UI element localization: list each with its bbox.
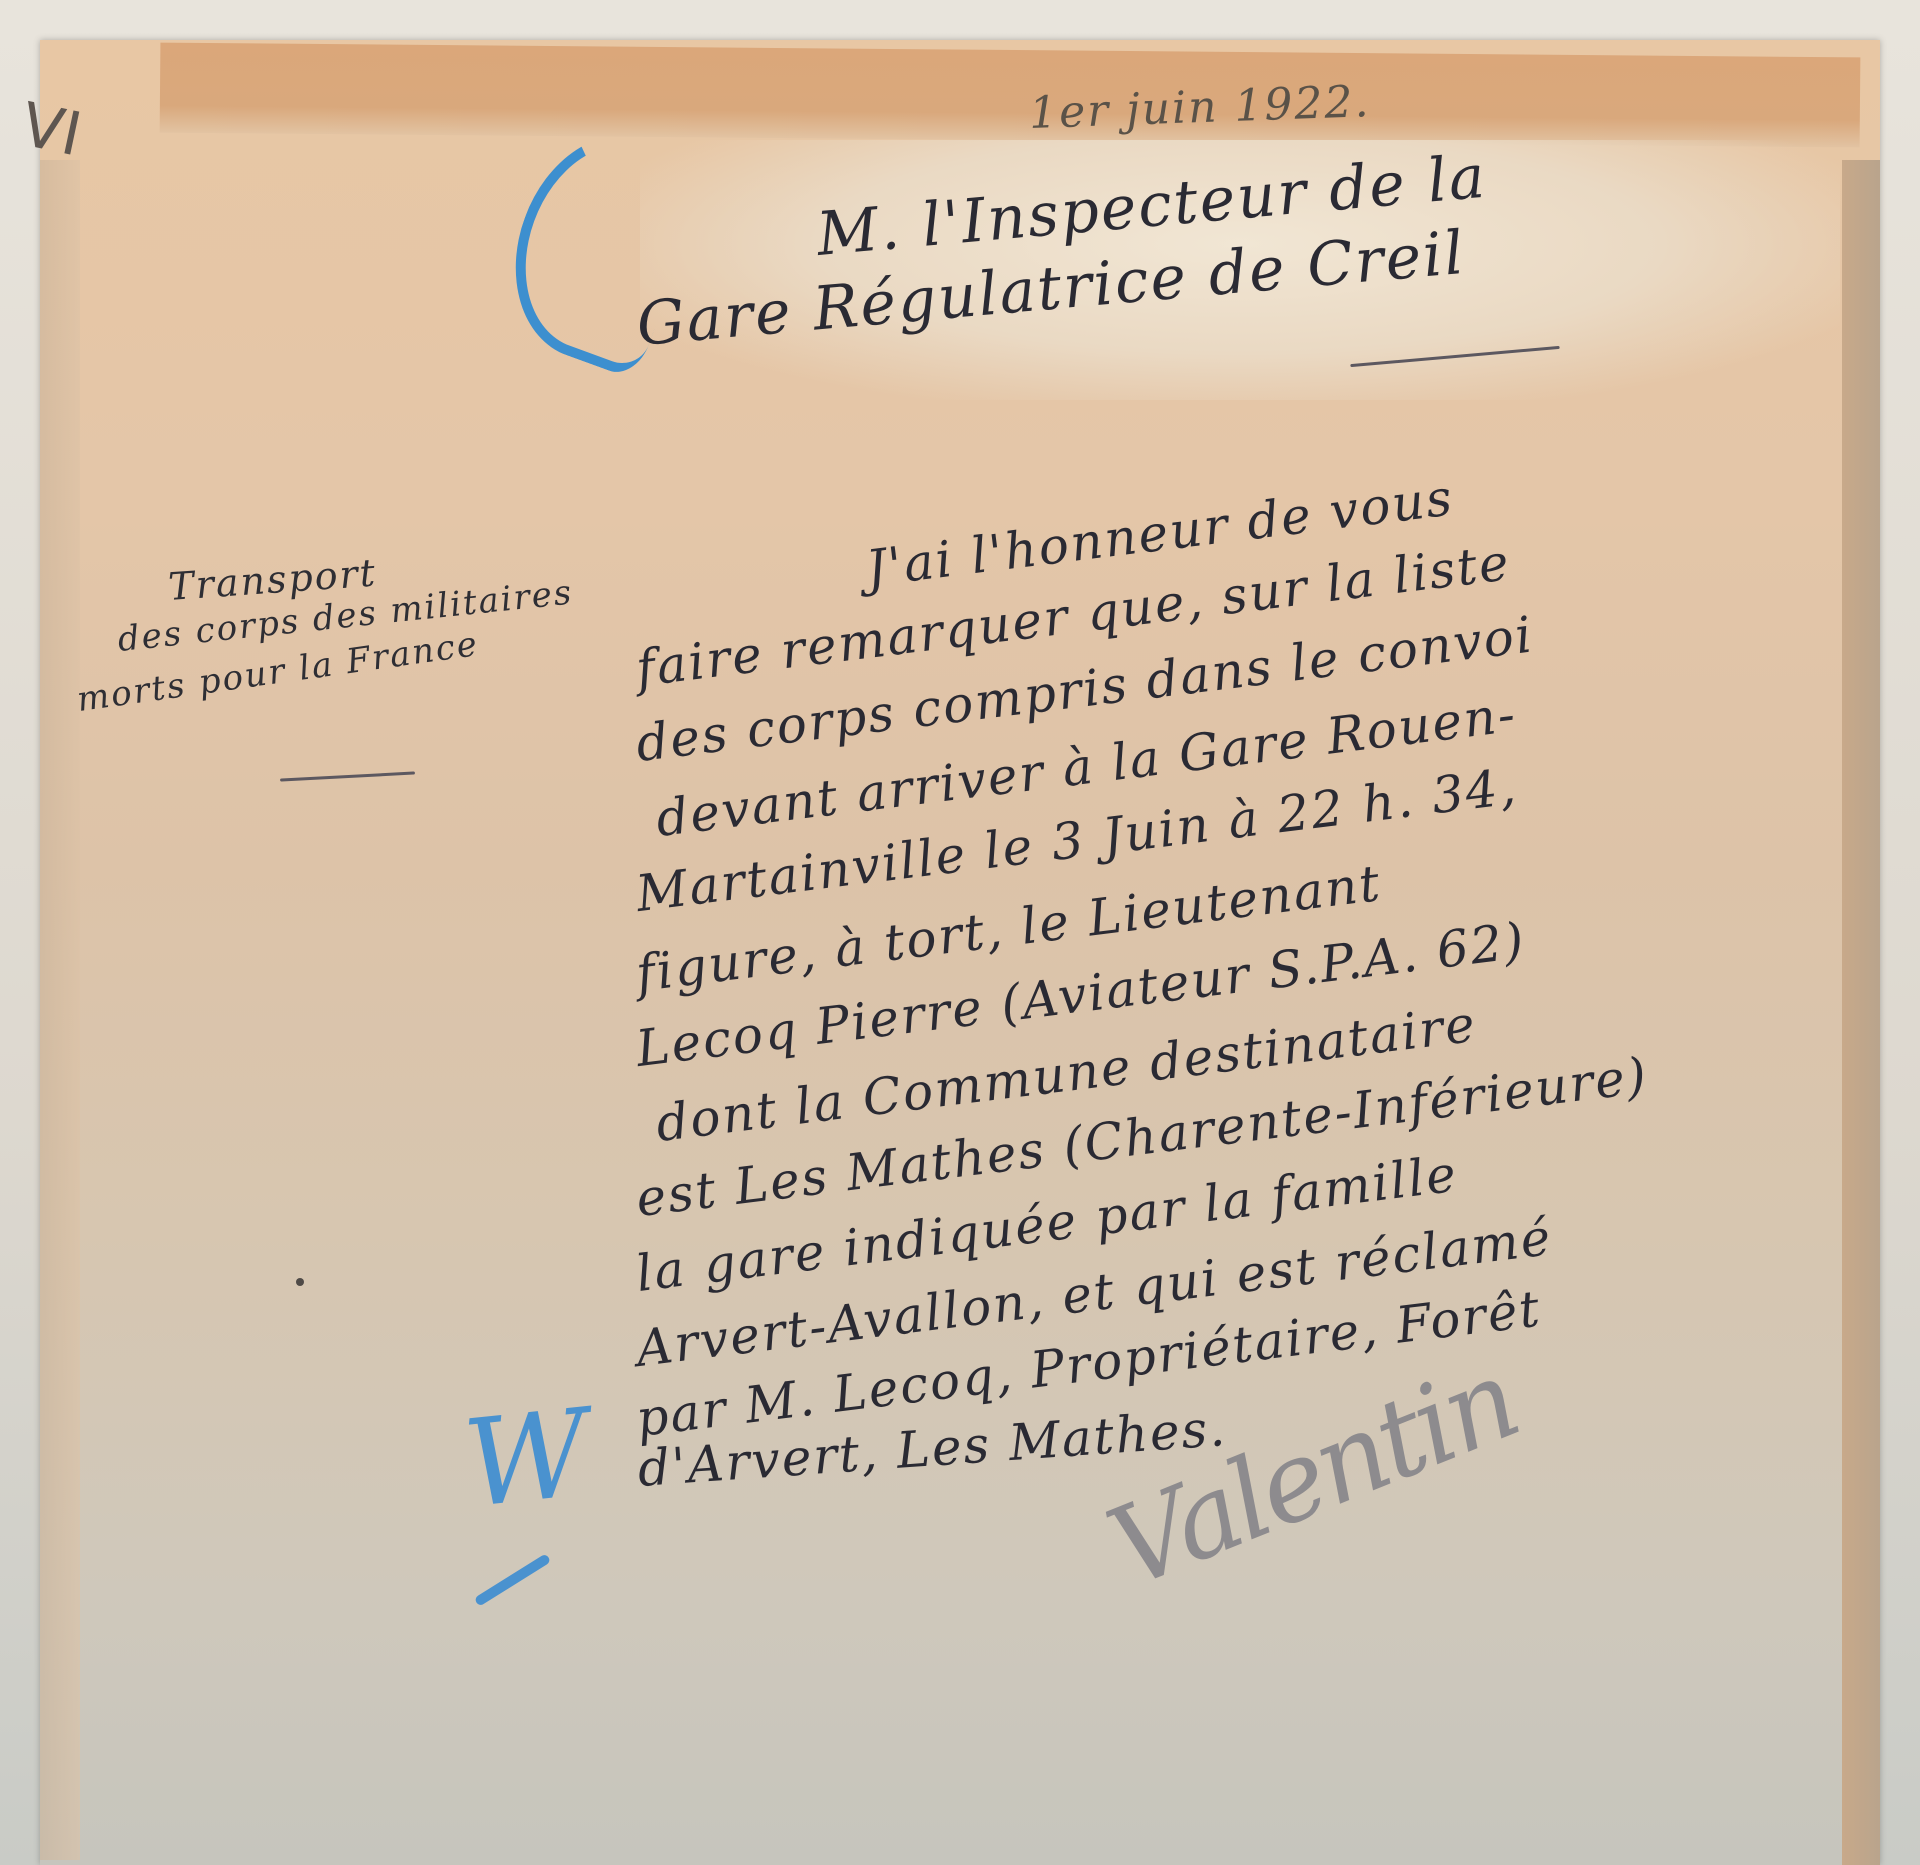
blue-crayon-initials: W (458, 1384, 595, 1535)
torn-top-fold (160, 43, 1861, 148)
ink-dot (296, 1278, 304, 1286)
paper-shadow-edge (40, 160, 80, 1860)
paper-right-edge (1842, 160, 1880, 1865)
